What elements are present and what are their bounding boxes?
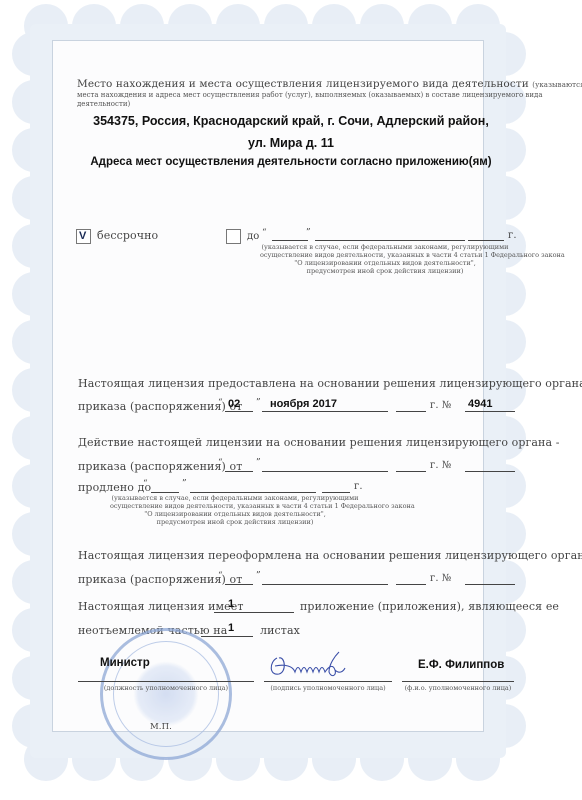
- granted-number: 4941: [468, 398, 492, 410]
- until-year-suffix: г.: [508, 230, 517, 241]
- extended-day-field[interactable]: [151, 492, 179, 493]
- granted-month-year: ноября 2017: [270, 398, 337, 410]
- open-quote: “: [218, 571, 223, 581]
- reissued-number-field[interactable]: [465, 584, 515, 585]
- term-note-line: "О лицензировании отдельных видов деятел…: [260, 259, 510, 267]
- reissued-year-field[interactable]: [396, 584, 426, 585]
- location-note-2: места нахождения и адреса мест осуществл…: [77, 91, 543, 100]
- granted-number-field[interactable]: [465, 411, 515, 412]
- granted-month-field[interactable]: [262, 411, 388, 412]
- until-prefix: до: [247, 231, 259, 242]
- close-quote: ”: [256, 571, 261, 581]
- reissued-year-suffix: г. №: [430, 573, 451, 584]
- signatory-position: Министр: [100, 657, 150, 669]
- open-quote: “: [218, 398, 223, 408]
- validity-note-line: предусмотрен иной срок действия лицензии…: [110, 518, 360, 526]
- open-quote: “: [218, 458, 223, 468]
- reissued-line: Настоящая лицензия переоформлена на осно…: [78, 549, 582, 562]
- validity-line: Действие настоящей лицензии на основании…: [78, 436, 560, 449]
- open-quote: “: [143, 479, 148, 489]
- seal-label: М.П.: [150, 722, 172, 732]
- extended-year-field[interactable]: [322, 492, 350, 493]
- signatory-name: Е.Ф. Филиппов: [418, 659, 504, 671]
- validity-note-line: (указывается в случае, если федеральными…: [110, 494, 360, 502]
- until-year-field[interactable]: [468, 240, 504, 241]
- position-caption: (должность уполномоченного лица): [78, 684, 254, 692]
- reissued-day-field[interactable]: [225, 584, 253, 585]
- position-line: [78, 681, 254, 682]
- close-quote: ”: [306, 228, 311, 238]
- indefinite-label: бессрочно: [97, 229, 158, 242]
- address-line-3: Адреса мест осуществления деятельности с…: [0, 156, 582, 168]
- check-mark-icon: V: [79, 230, 86, 242]
- appendix-label: приложение (приложения), являющееся ее: [300, 600, 559, 613]
- location-note-1: (указываются адрес: [532, 81, 582, 89]
- granted-day: 02: [228, 398, 240, 410]
- appendix-count-field[interactable]: [214, 612, 294, 613]
- extended-label: продлено до: [78, 481, 151, 494]
- open-quote: “: [262, 228, 267, 238]
- validity-month-field[interactable]: [262, 471, 388, 472]
- signature-caption: (подпись уполномоченного лица): [264, 684, 392, 692]
- validity-note-line: "О лицензировании отдельных видов деятел…: [110, 510, 360, 518]
- granted-day-field[interactable]: [225, 411, 253, 412]
- address-line-2: ул. Мира д. 11: [0, 136, 582, 150]
- close-quote: ”: [182, 479, 187, 489]
- location-label-text: Место нахождения и места осуществления л…: [77, 78, 529, 90]
- name-caption: (ф.и.о. уполномоченного лица): [402, 684, 514, 692]
- validity-day-field[interactable]: [225, 471, 253, 472]
- location-note-3: деятельности): [77, 100, 130, 109]
- validity-year-suffix: г. №: [430, 460, 451, 471]
- appendix-sheets-label: листах: [260, 624, 300, 637]
- reissued-month-field[interactable]: [262, 584, 388, 585]
- granted-year-suffix: г. №: [430, 400, 451, 411]
- term-note-line: (указывается в случае, если федеральными…: [260, 243, 510, 251]
- appendix-count: 1: [228, 598, 234, 610]
- address-line-1: 354375, Россия, Краснодарский край, г. С…: [0, 114, 582, 128]
- until-day-field[interactable]: [272, 240, 308, 241]
- signature-icon: [265, 648, 355, 682]
- term-note-line: предусмотрен иной срок действия лицензии…: [260, 267, 510, 275]
- official-seal: [100, 628, 232, 760]
- validity-note: (указывается в случае, если федеральными…: [110, 494, 360, 526]
- appendix-sheets-field[interactable]: [201, 636, 253, 637]
- validity-number-field[interactable]: [465, 471, 515, 472]
- close-quote: ”: [256, 398, 261, 408]
- granted-line: Настоящая лицензия предоставлена на осно…: [78, 377, 582, 390]
- granted-year-field[interactable]: [396, 411, 426, 412]
- validity-note-line: осуществление видов деятельности, указан…: [110, 502, 360, 510]
- term-note-line: осуществление видов деятельности, указан…: [260, 251, 510, 259]
- until-date-checkbox[interactable]: [226, 229, 241, 244]
- signature-line: [264, 681, 392, 682]
- validity-year-field[interactable]: [396, 471, 426, 472]
- appendix-sheets: 1: [228, 622, 234, 634]
- term-note: (указывается в случае, если федеральными…: [260, 243, 510, 275]
- until-month-field[interactable]: [315, 240, 465, 241]
- extended-year-suffix: г.: [354, 481, 363, 492]
- coat-of-arms-icon: [133, 661, 199, 727]
- close-quote: ”: [256, 458, 261, 468]
- location-label: Место нахождения и места осуществления л…: [77, 78, 582, 90]
- extended-month-field[interactable]: [190, 492, 316, 493]
- name-line: [402, 681, 514, 682]
- indefinite-checkbox[interactable]: V: [76, 229, 91, 244]
